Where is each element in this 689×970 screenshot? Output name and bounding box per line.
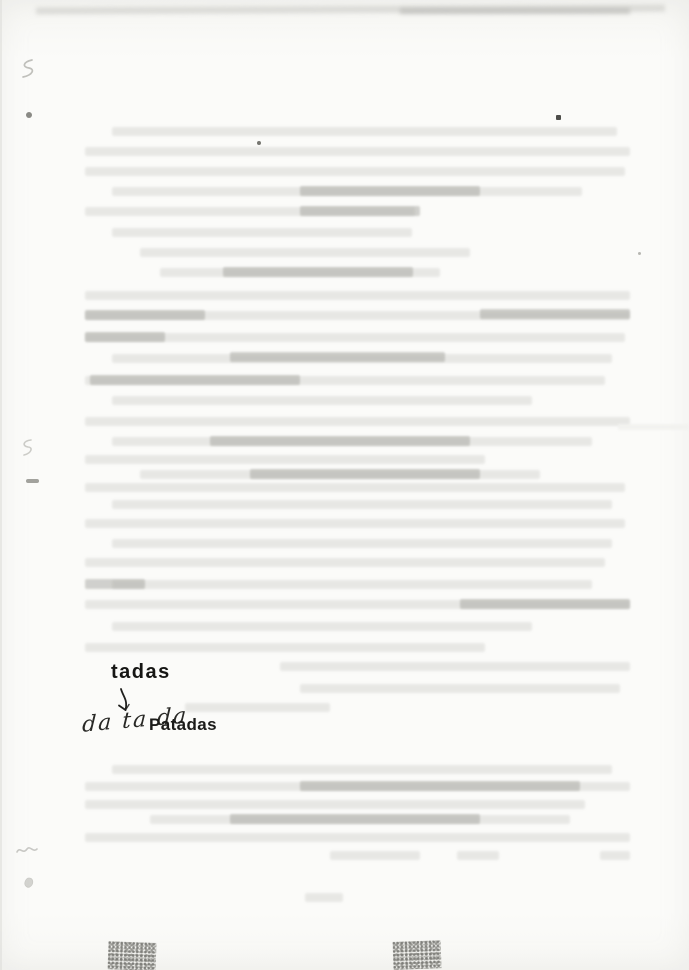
ghost-text-line <box>85 833 630 842</box>
ghost-text-line <box>85 417 630 426</box>
ghost-text-line <box>140 248 470 257</box>
scanned-page: tadas da ta da Patadas <box>0 0 689 970</box>
ghost-text-line <box>85 147 630 156</box>
ghost-text-line <box>112 396 532 405</box>
ghost-text-line <box>85 558 605 567</box>
ink-speck-upper <box>257 141 261 145</box>
ghost-text-chunk <box>250 469 480 479</box>
ghost-text-line <box>112 622 532 631</box>
printed-word-patadas: Patadas <box>149 715 217 735</box>
ghost-text-line <box>185 703 330 712</box>
ghost-text-chunk <box>300 206 420 216</box>
ghost-text-line <box>85 167 625 176</box>
ghost-text-line <box>85 643 485 652</box>
ghost-text-chunk <box>210 436 470 446</box>
ink-speck-right <box>638 252 641 255</box>
ghost-text-chunk <box>300 186 480 196</box>
scan-edge-shadow <box>0 0 2 970</box>
margin-dot-top <box>26 112 32 118</box>
ghost-text-line <box>112 580 592 589</box>
ghost-text-line <box>112 765 612 774</box>
ghost-text-chunk <box>85 310 205 320</box>
ghost-text-line <box>85 800 585 809</box>
ghost-text-line <box>330 851 420 860</box>
ghost-text-line <box>280 662 630 671</box>
ghost-text-chunk <box>90 375 300 385</box>
margin-blob-icon <box>22 876 36 890</box>
ghost-text-line <box>85 519 625 528</box>
margin-dash <box>26 479 39 483</box>
ghost-text-line <box>85 333 625 342</box>
ghost-text-chunk <box>223 267 413 277</box>
scan-artifact-streak-dark <box>400 8 630 14</box>
margin-squiggle-top-icon <box>18 58 38 80</box>
ghost-text-line <box>305 893 343 902</box>
ink-smudge-bottom-left <box>108 941 157 970</box>
ghost-text-chunk <box>480 309 630 319</box>
ghost-text-line <box>300 684 620 693</box>
ghost-text-line <box>112 228 412 237</box>
ghost-text-line <box>85 483 625 492</box>
ghost-text-line <box>112 500 612 509</box>
scan-white-streak <box>618 424 689 430</box>
printed-word-tadas: tadas <box>111 661 171 684</box>
ghost-text-chunk <box>300 781 580 791</box>
ghost-text-chunk <box>85 332 165 342</box>
ghost-text-chunk <box>230 814 480 824</box>
ink-smudge-bottom-right <box>393 940 442 970</box>
ghost-text-line <box>600 851 630 860</box>
ghost-text-line <box>457 851 499 860</box>
ink-speck-top-right <box>556 115 561 120</box>
ghost-text-chunk <box>85 579 145 589</box>
ghost-text-chunk <box>230 352 445 362</box>
ghost-text-chunk <box>460 599 630 609</box>
margin-squiggle-bottom-icon <box>15 843 39 859</box>
ghost-text-line <box>85 455 485 464</box>
ghost-text-line <box>112 539 612 548</box>
ghost-text-line <box>112 127 617 136</box>
ghost-text-line <box>85 291 630 300</box>
margin-squiggle-middle-icon <box>19 438 37 458</box>
